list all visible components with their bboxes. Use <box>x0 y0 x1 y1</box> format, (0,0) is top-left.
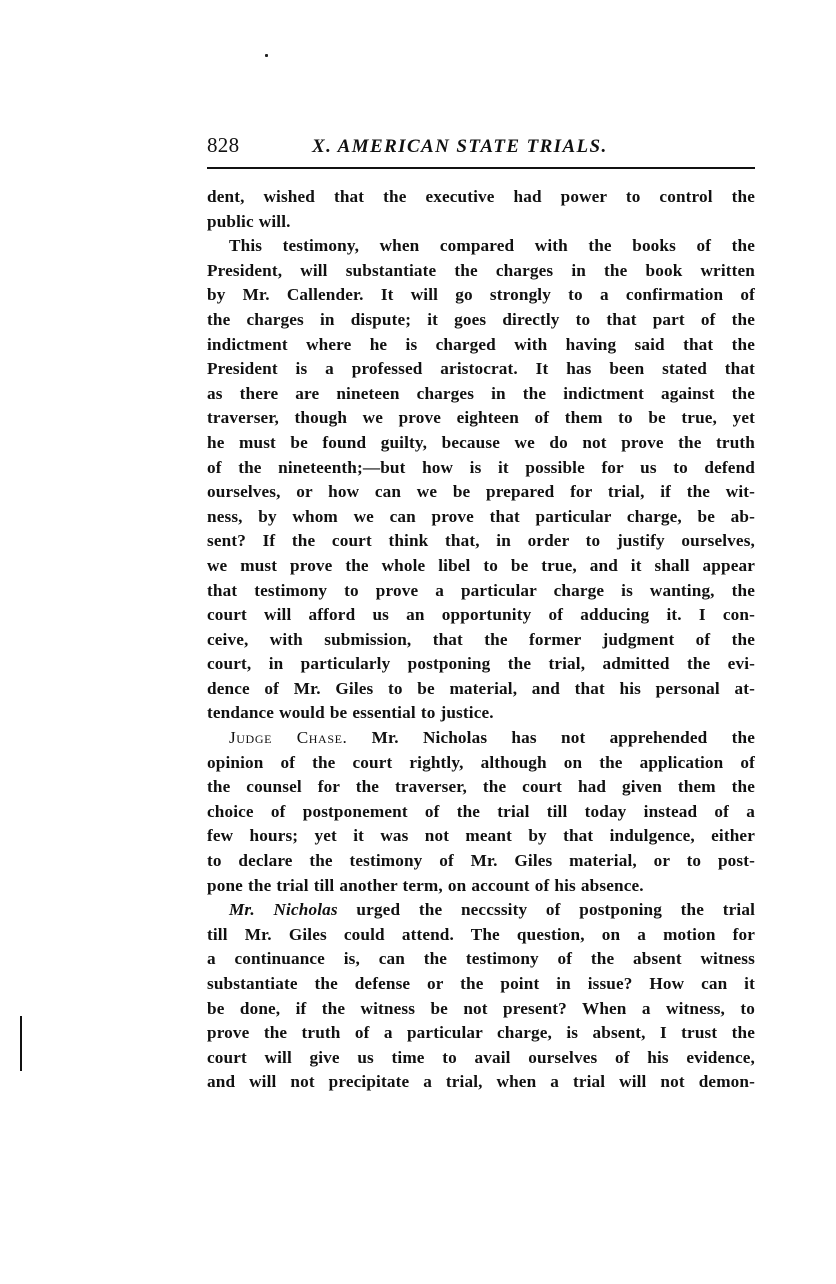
running-title: X. AMERICAN STATE TRIALS. <box>312 136 608 158</box>
text-line: as there are nineteen charges in the ind… <box>207 382 755 407</box>
text-fragment: urged the neccssity of postponing the tr… <box>338 900 755 919</box>
text-line: This testimony, when compared with the b… <box>207 234 755 259</box>
text-line: traverser, though we prove eighteen of t… <box>207 406 755 431</box>
text-line: by Mr. Callender. It will go strongly to… <box>207 283 755 308</box>
text-line-with-speaker: Mr. Nicholas urged the neccssity of post… <box>207 898 755 923</box>
text-line: ourselves, or how can we be prepared for… <box>207 480 755 505</box>
text-line: be done, if the witness be not present? … <box>207 997 755 1022</box>
text-line: till Mr. Giles could attend. The questio… <box>207 923 755 948</box>
text-line: a continuance is, can the testimony of t… <box>207 947 755 972</box>
text-line: ceive, with submission, that the former … <box>207 628 755 653</box>
book-page: 828 X. AMERICAN STATE TRIALS. dent, wish… <box>207 133 755 1095</box>
text-line: the charges in dispute; it goes directly… <box>207 308 755 333</box>
text-line: few hours; yet it was not meant by that … <box>207 824 755 849</box>
text-line: tendance would be essential to justice. <box>207 701 755 726</box>
margin-scan-line <box>20 1017 22 1071</box>
text-line: of the nineteenth;—but how is it possibl… <box>207 456 755 481</box>
text-line: court will give us time to avail ourselv… <box>207 1046 755 1071</box>
text-line: and will not precipitate a trial, when a… <box>207 1070 755 1095</box>
text-line: opinion of the court rightly, although o… <box>207 751 755 776</box>
page-number: 828 <box>207 133 312 158</box>
text-line: prove the truth of a particular charge, … <box>207 1021 755 1046</box>
text-fragment: Mr. Nicholas has not apprehended the <box>347 728 755 747</box>
text-line-with-speaker: Judge Chase. Mr. Nicholas has not appreh… <box>207 726 755 751</box>
text-line: choice of postponement of the trial till… <box>207 800 755 825</box>
text-line: dence of Mr. Giles to be material, and t… <box>207 677 755 702</box>
paragraph-mr-nicholas: Mr. Nicholas urged the neccssity of post… <box>207 898 755 1095</box>
margin-scan-tick-bottom <box>20 1066 22 1071</box>
text-line: ness, by whom we can prove that particul… <box>207 505 755 530</box>
text-line: to declare the testimony of Mr. Giles ma… <box>207 849 755 874</box>
page-header: 828 X. AMERICAN STATE TRIALS. <box>207 133 755 169</box>
text-line: that testimony to prove a particular cha… <box>207 579 755 604</box>
text-line: we must prove the whole libel to be true… <box>207 554 755 579</box>
text-line: indictment where he is charged with havi… <box>207 333 755 358</box>
text-line: sent? If the court think that, in order … <box>207 529 755 554</box>
text-line: dent, wished that the executive had powe… <box>207 185 755 210</box>
text-line: President is a professed aristocrat. It … <box>207 357 755 382</box>
text-line: court will afford us an opportunity of a… <box>207 603 755 628</box>
margin-scan-tick-top <box>20 1016 22 1019</box>
paragraph-testimony: This testimony, when compared with the b… <box>207 234 755 726</box>
text-line: the counsel for the traverser, the court… <box>207 775 755 800</box>
text-line: court, in particularly postponing the tr… <box>207 652 755 677</box>
speaker-name: Judge Chase. <box>229 728 347 747</box>
text-line: pone the trial till another term, on acc… <box>207 874 755 899</box>
paragraph-judge-chase: Judge Chase. Mr. Nicholas has not appreh… <box>207 726 755 898</box>
scan-speck <box>265 54 268 57</box>
text-line: President, will substantiate the charges… <box>207 259 755 284</box>
speaker-name: Mr. Nicholas <box>229 900 338 919</box>
text-line: substantiate the defense or the point in… <box>207 972 755 997</box>
text-line: public will. <box>207 210 755 235</box>
paragraph-continuation: dent, wished that the executive had powe… <box>207 185 755 234</box>
text-line: he must be found guilty, because we do n… <box>207 431 755 456</box>
